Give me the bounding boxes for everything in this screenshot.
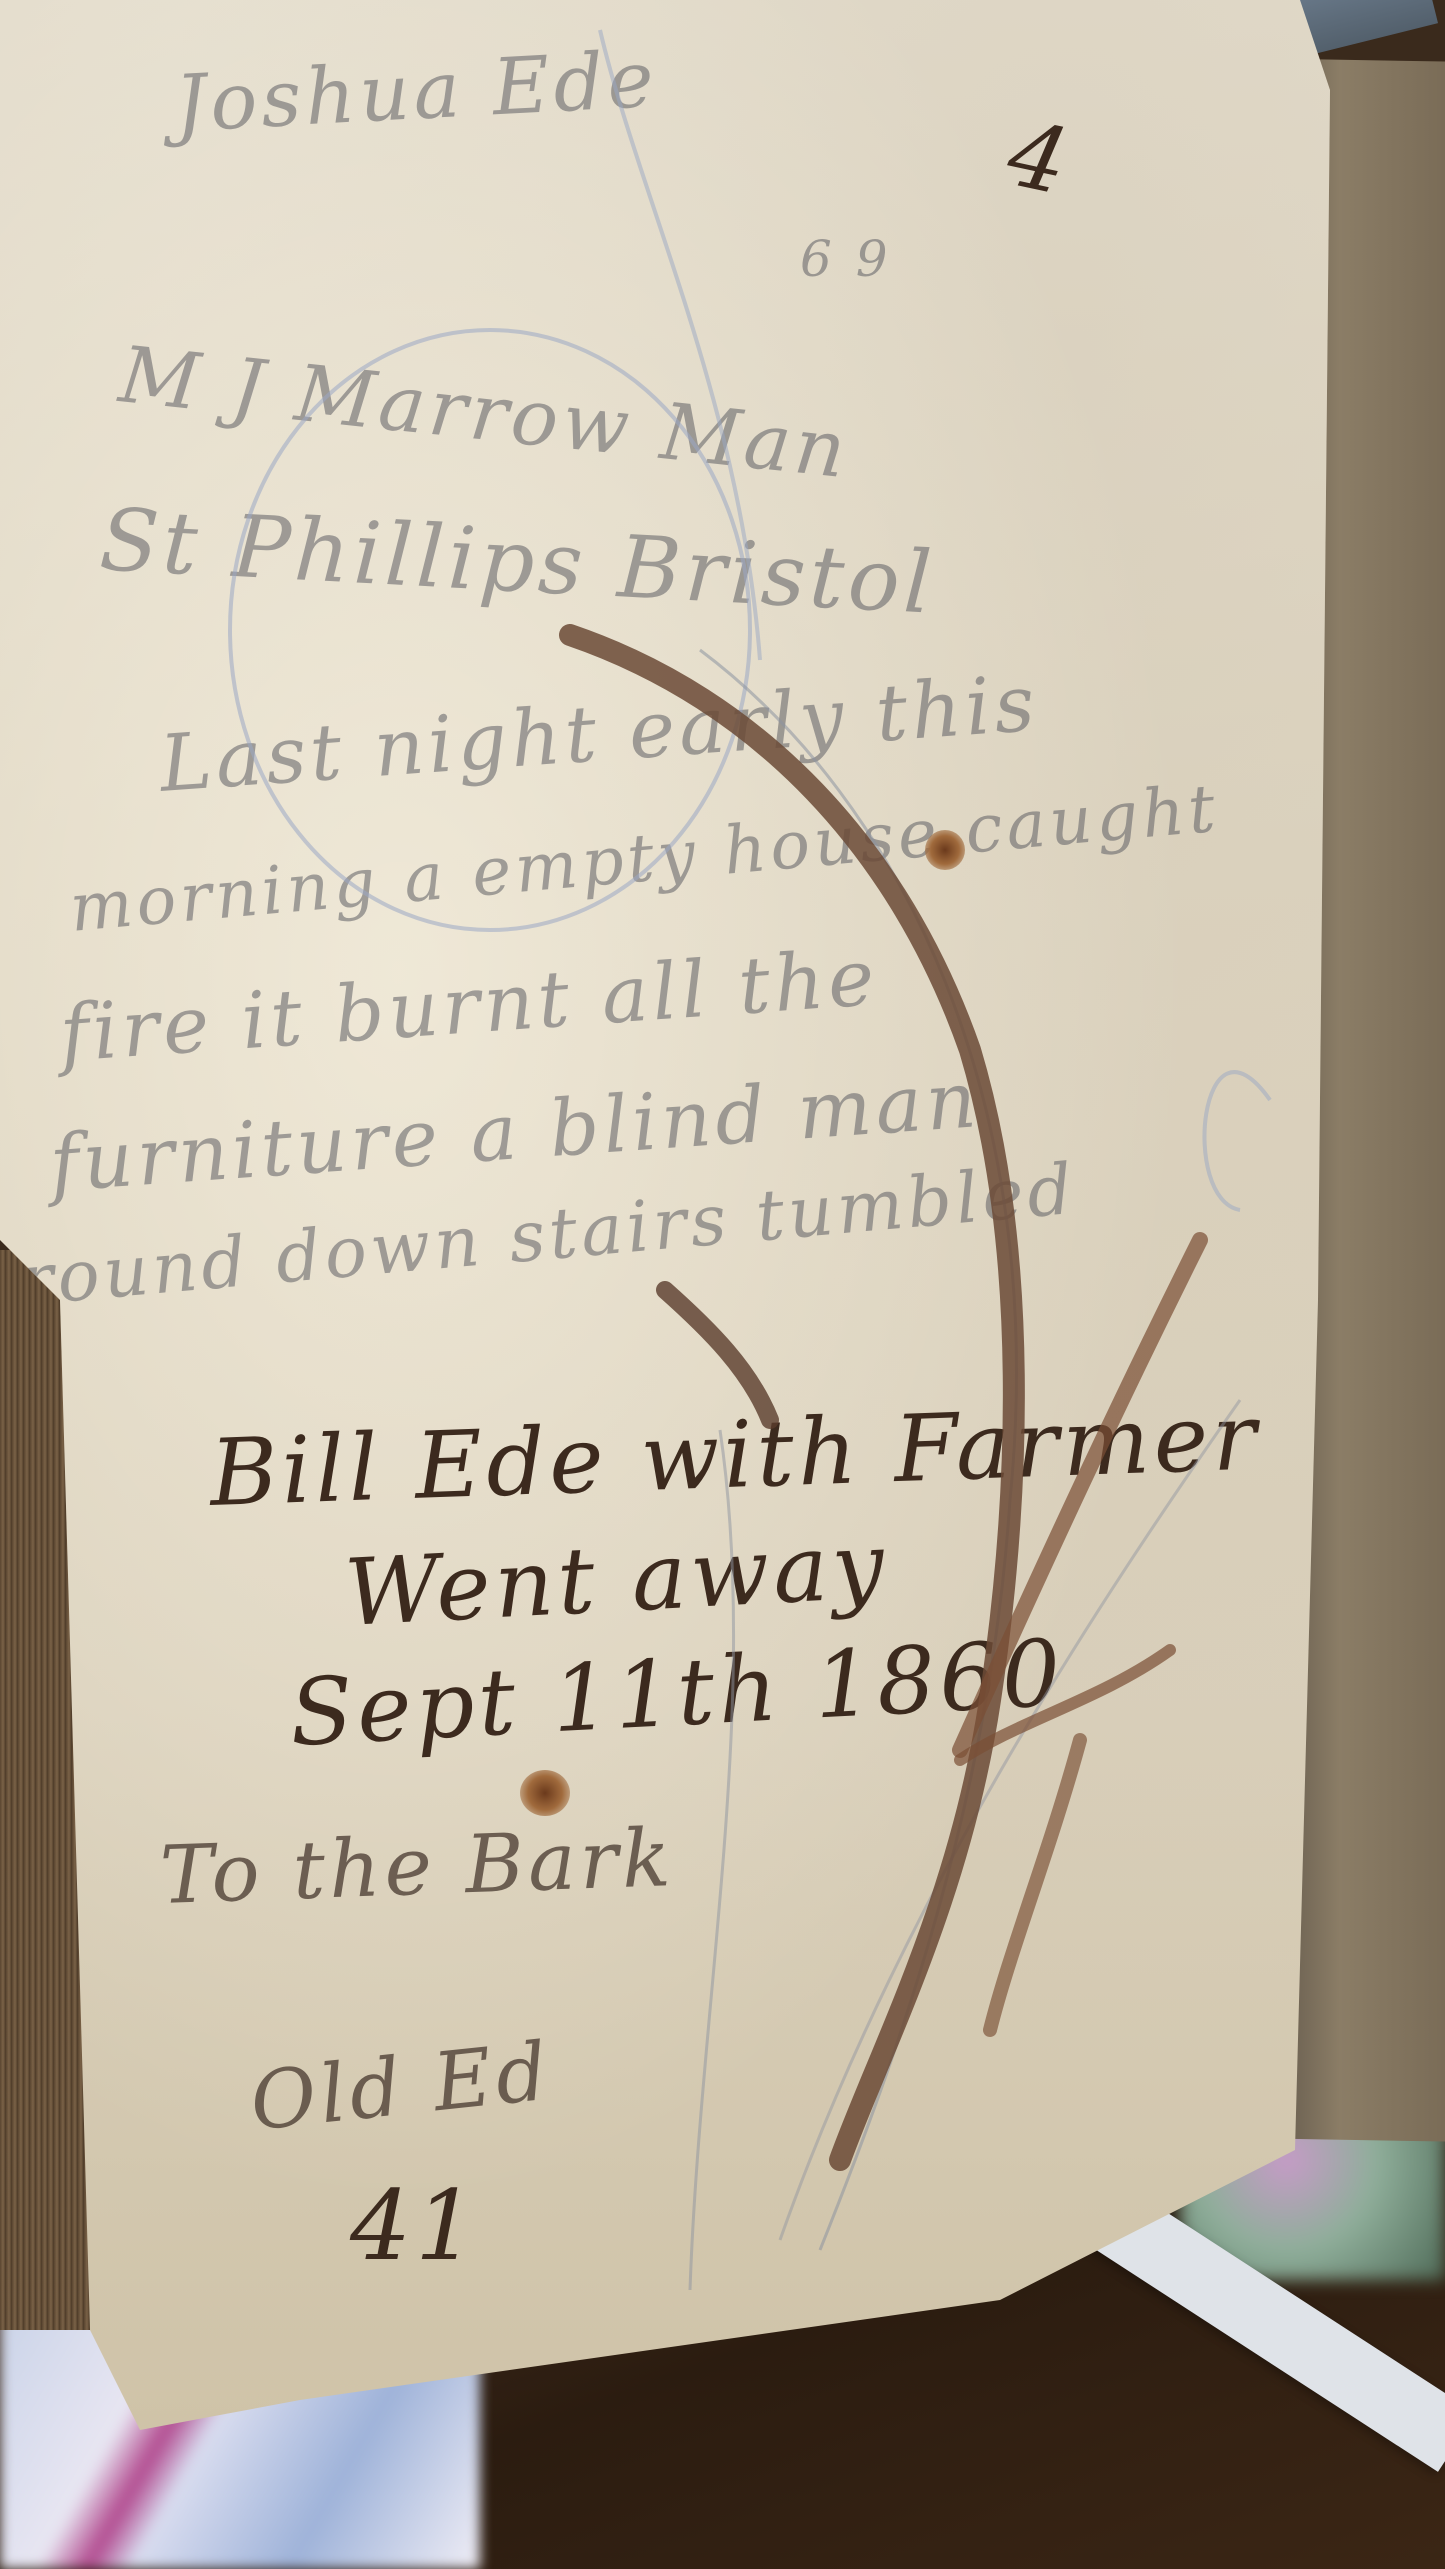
ink-line-bill-ede: Bill Ede with Farmer (208, 1383, 1262, 1527)
ink-line-bark: To the Bark (159, 1811, 676, 1922)
ink-line-went-away: Went away (342, 1512, 890, 1647)
ink-corner-mark: 4 (999, 101, 1081, 216)
photo-scene: Joshua Ede 6 9 M J Marrow Man St Phillip… (0, 0, 1445, 2569)
pencil-line-name: Joshua Ede (173, 35, 660, 150)
ink-line-old: Old Ed (246, 2025, 555, 2149)
pencil-line-3: fire it burnt all the (57, 933, 881, 1080)
pencil-line-bristol: St Phillips Bristol (97, 490, 937, 634)
ink-spot (925, 830, 965, 870)
pencil-line-marrow: M J Marrow Man (115, 330, 853, 496)
rust-spot (520, 1770, 570, 1816)
book-page: Joshua Ede 6 9 M J Marrow Man St Phillip… (0, 0, 1330, 2430)
ink-line-number: 41 (350, 2170, 480, 2282)
pencil-line-numbers: 6 9 (800, 230, 892, 288)
pencil-line-1: Last night early this (157, 659, 1041, 810)
